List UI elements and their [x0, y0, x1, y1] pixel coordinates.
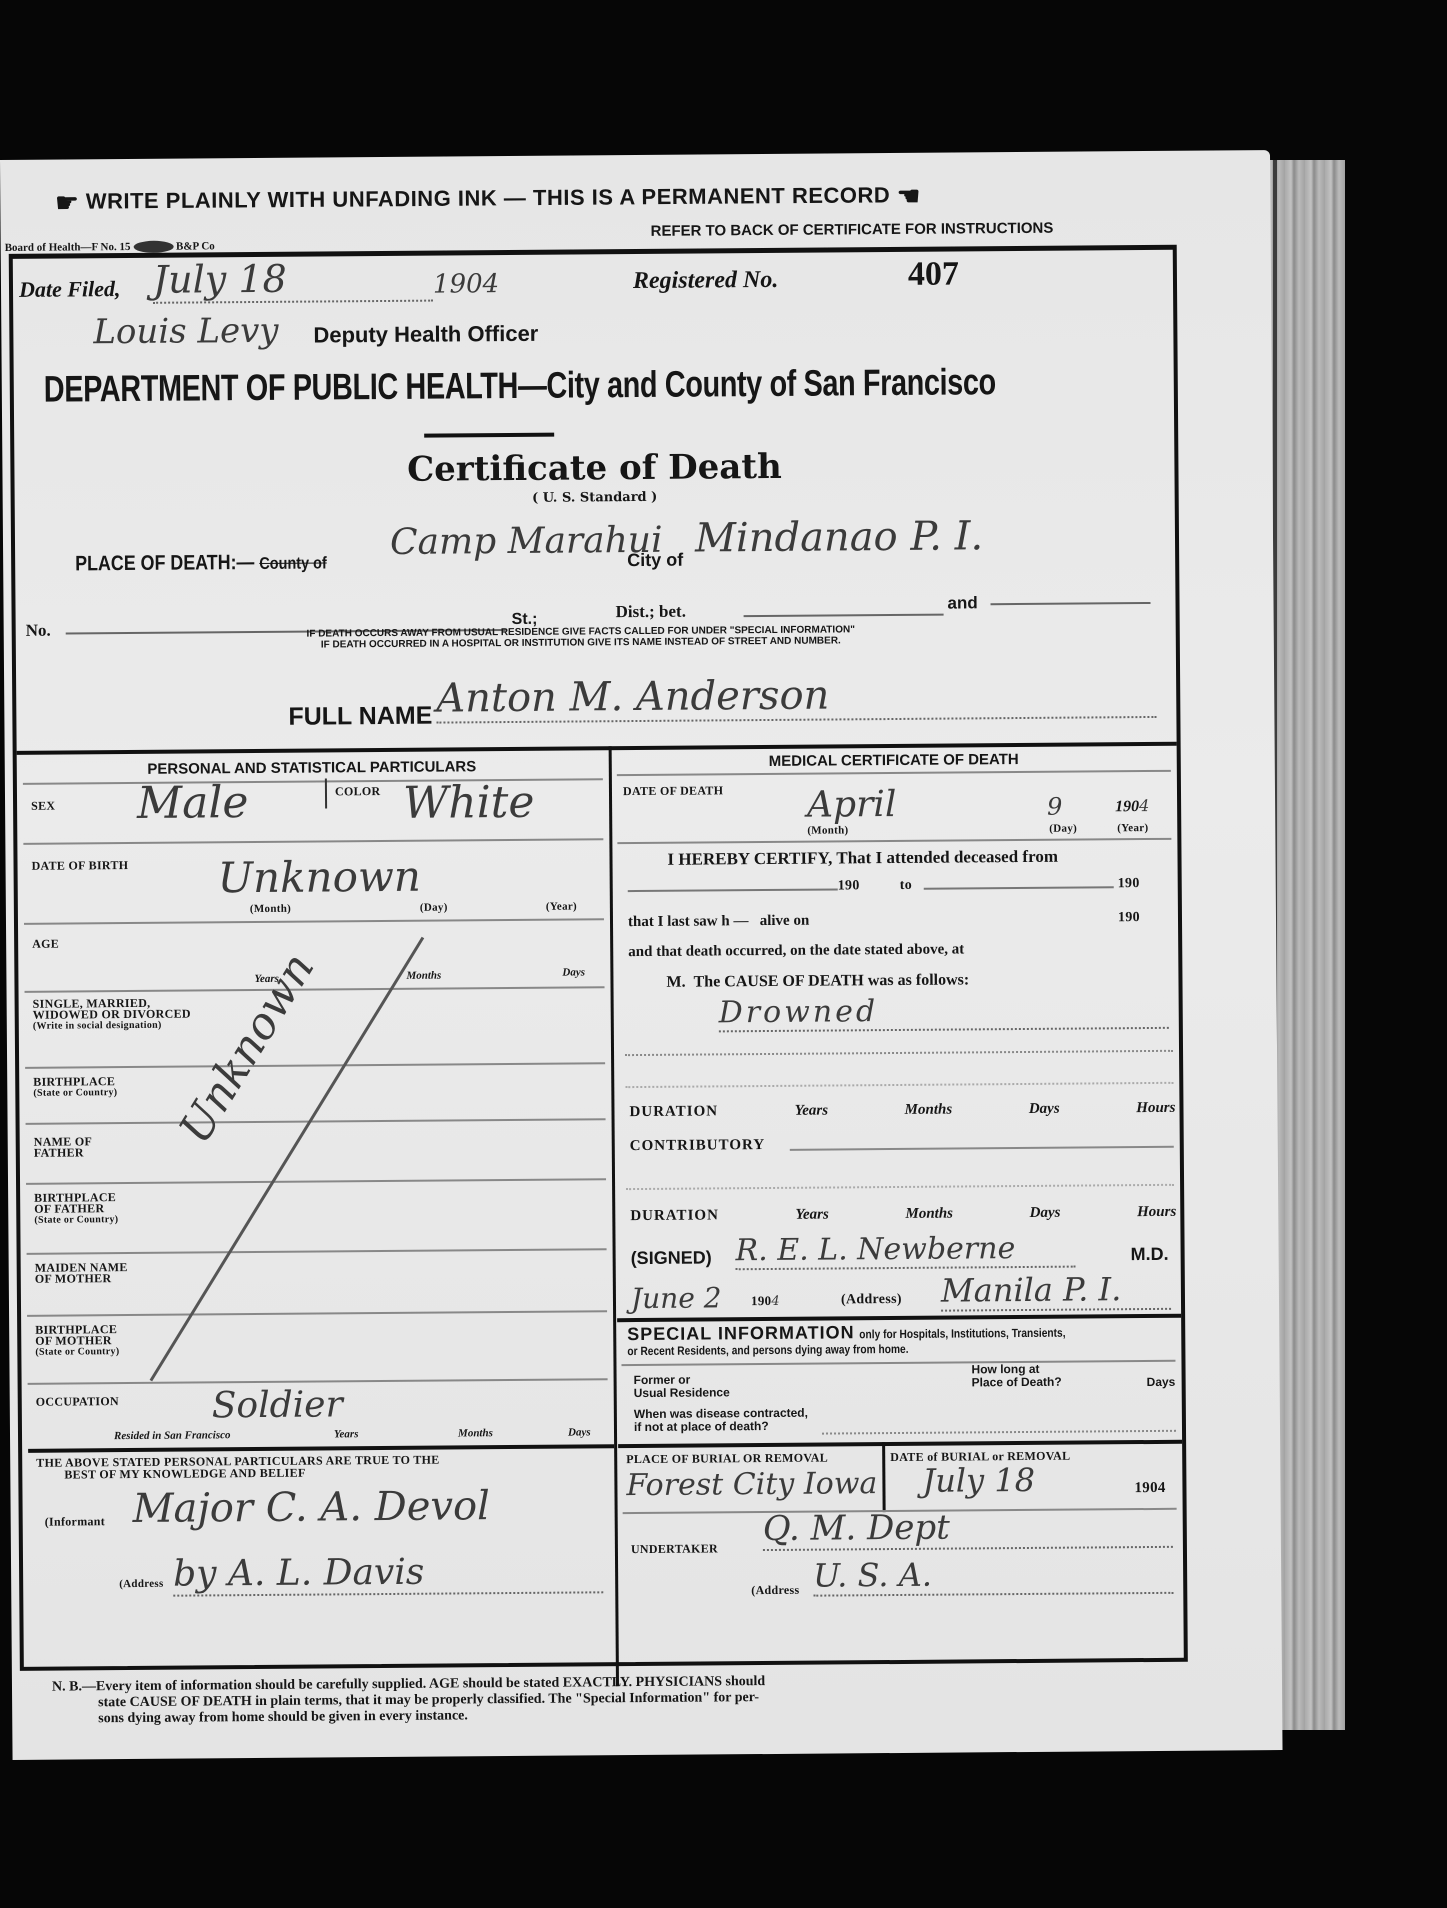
dob-year-label: (Year): [546, 900, 577, 912]
undertaker-address-label: (Address: [751, 1583, 799, 1598]
registered-no-label: Registered No.: [633, 267, 779, 295]
informant-address-value: by A. L. Davis: [173, 1550, 603, 1596]
certificate-title: Certificate of Death: [14, 444, 1174, 493]
personal-heading: PERSONAL AND STATISTICAL PARTICULARS: [17, 757, 607, 779]
years-label: Years: [795, 1207, 828, 1224]
months-label: Months: [905, 1102, 953, 1119]
union-seal-icon: [133, 241, 173, 253]
burial-place-label: PLACE OF BURIAL OR REMOVAL: [626, 1451, 828, 1468]
dob-day-label: (Day): [420, 902, 448, 914]
burial-column-divider: [882, 1442, 886, 1512]
burial-date-value: July 18: [922, 1461, 1035, 1500]
marital-label: SINGLE, MARRIED, WIDOWED OR DIVORCED (Wr…: [33, 998, 191, 1032]
dod-month: April: [807, 784, 897, 826]
full-name-value: Anton M. Anderson: [436, 670, 1156, 724]
year-suffix: 4: [771, 1294, 780, 1309]
dob-label: DATE OF BIRTH: [31, 858, 128, 874]
alive-on-label: alive on: [760, 913, 810, 929]
title-rule: [424, 433, 554, 438]
sex-value: Male: [137, 777, 249, 829]
and-line: [991, 602, 1151, 605]
dod-year-label: (Year): [1117, 822, 1148, 834]
residence-note: IF DEATH OCCURS AWAY FROM USUAL RESIDENC…: [146, 623, 1016, 652]
label-line: OF MOTHER: [35, 1335, 119, 1347]
dod-day-label: (Day): [1049, 823, 1077, 835]
medical-heading: MEDICAL CERTIFICATE OF DEATH: [613, 750, 1175, 771]
duration-label: DURATION: [629, 1103, 718, 1121]
label-line: OF MOTHER: [35, 1273, 128, 1285]
md-label: M.D.: [1131, 1244, 1169, 1265]
how-long-days-label: Days: [1147, 1375, 1176, 1389]
undertaker-address-value: U. S. A.: [813, 1554, 1173, 1597]
certificate-frame: Date Filed, July 18 1904 Registered No. …: [9, 245, 1188, 1671]
rule: [621, 1360, 1175, 1366]
sex-color-divider: [325, 778, 327, 808]
dist-label: Dist.; bet.: [615, 602, 686, 623]
label-line: FATHER: [34, 1147, 93, 1158]
mother-name-label: MAIDEN NAME OF MOTHER: [35, 1262, 128, 1285]
rule: [25, 1062, 605, 1069]
birthplace-label: BIRTHPLACE (State or Country): [33, 1076, 117, 1099]
full-name-label: FULL NAME: [288, 702, 432, 732]
when-line: [822, 1430, 1176, 1435]
last-saw-text: that I last saw h — alive on: [628, 913, 809, 931]
dob-month-label: (Month): [250, 903, 291, 915]
label-line: (State or Country): [34, 1214, 118, 1226]
county-value: Camp Marahui: [390, 520, 663, 563]
months-label: Months: [905, 1206, 953, 1223]
informant-address-label: (Address: [119, 1578, 163, 1590]
burial-year: 1904: [1134, 1480, 1165, 1497]
color-label: COLOR: [335, 784, 381, 799]
special-subtitle: only for Hospitals, Institutions, Transi…: [859, 1326, 1065, 1342]
age-days-label: Days: [562, 966, 585, 978]
cause-text: The CAUSE OF DEATH was as follows:: [694, 971, 970, 990]
contributory-line-2: [626, 1184, 1174, 1190]
former-residence-label: Former or Usual Residence: [634, 1373, 730, 1400]
occupation-label: OCCUPATION: [36, 1394, 119, 1410]
death-occurred-text: and that death occurred, on the date sta…: [628, 941, 964, 961]
year-prefix: 190: [751, 1293, 772, 1308]
father-name-label: NAME OF FATHER: [34, 1136, 93, 1158]
informant-statement: THE ABOVE STATED PERSONAL PARTICULARS AR…: [36, 1454, 440, 1481]
dist-line: [744, 614, 944, 618]
contributory-line: [790, 1146, 1174, 1151]
permanent-record-banner: ☛ WRITE PLAINLY WITH UNFADING INK — THIS…: [55, 181, 921, 219]
hours-label: Hours: [1136, 1100, 1175, 1117]
dob-value: Unknown: [217, 852, 421, 903]
hours-label: Hours: [1137, 1204, 1176, 1221]
year-prefix: 190: [1115, 798, 1139, 815]
label-line: BEST OF MY KNOWLEDGE AND BELIEF: [36, 1466, 439, 1481]
special-title: SPECIAL INFORMATION: [627, 1322, 854, 1344]
duration-row-2: DURATION Years Months Days Hours: [630, 1204, 1176, 1225]
label-line: (Write in social designation): [33, 1020, 191, 1032]
department-title: DEPARTMENT OF PUBLIC HEALTH—City and Cou…: [44, 361, 996, 410]
county-label: County of: [259, 553, 327, 573]
how-long-label: How long at Place of Death?: [971, 1363, 1061, 1390]
officer-title: Deputy Health Officer: [313, 321, 538, 349]
rule: [617, 838, 1171, 844]
father-birthplace-label: BIRTHPLACE OF FATHER (State or Country): [34, 1192, 118, 1226]
cause-value: Drowned: [719, 992, 1169, 1033]
rule: [26, 1178, 606, 1185]
label-line: WIDOWED OR DIVORCED: [33, 1009, 191, 1021]
officer-signature: Louis Levy: [93, 311, 279, 352]
to-190: 190: [1118, 876, 1140, 892]
dod-day: 9: [1047, 793, 1063, 821]
label-line: (State or Country): [35, 1346, 119, 1358]
doctor-address-value: Manila P. I.: [941, 1270, 1171, 1312]
alive-190: 190: [1118, 910, 1140, 926]
last-saw-label: that I last saw h: [628, 913, 730, 930]
mother-birthplace-label: BIRTHPLACE OF MOTHER (State or Country): [35, 1324, 119, 1358]
resided-years: Years: [334, 1428, 359, 1440]
nb-footer: N. B.—Every item of information should b…: [52, 1671, 1172, 1728]
signed-year: 1904: [751, 1293, 780, 1309]
and-label: and: [947, 593, 977, 613]
date-filed-value: July 18: [153, 256, 433, 304]
days-label: Days: [1029, 1101, 1060, 1118]
label-line: if not at place of death?: [634, 1420, 808, 1434]
burial-place-value: Forest City Iowa: [626, 1466, 877, 1503]
cause-line: [625, 1050, 1173, 1056]
informant-value: Major C. A. Devol: [132, 1483, 490, 1532]
dod-year: 1904: [1115, 796, 1149, 816]
rule: [26, 1118, 606, 1125]
undertaker-label: UNDERTAKER: [631, 1541, 718, 1557]
from-line: [628, 888, 838, 892]
year-suffix: 4: [1139, 796, 1149, 815]
rule: [617, 770, 1171, 776]
rule: [25, 986, 605, 993]
certify-text: I HEREBY CERTIFY, That I attended deceas…: [667, 847, 1058, 870]
rule: [27, 1248, 607, 1255]
m-label: M.: [666, 974, 685, 991]
occupation-value: Soldier: [212, 1384, 343, 1426]
banner-text: WRITE PLAINLY WITH UNFADING INK — THIS I…: [86, 182, 891, 213]
refer-instructions: REFER TO BACK OF CERTIFICATE FOR INSTRUC…: [651, 220, 1054, 240]
cause-line: [625, 1082, 1173, 1088]
when-contracted-label: When was disease contracted, if not at p…: [634, 1407, 808, 1434]
years-label: Years: [795, 1103, 828, 1120]
informant-divider: [28, 1444, 614, 1453]
label-line: Usual Residence: [634, 1386, 730, 1400]
undertaker-value: Q. M. Dept: [763, 1506, 1173, 1551]
resided-label: Resided in San Francisco: [114, 1429, 231, 1442]
burial-divider: [618, 1440, 1182, 1448]
signed-label: (SIGNED): [631, 1247, 712, 1269]
city-label: City of: [627, 550, 683, 571]
sex-label: SEX: [31, 799, 55, 814]
pointing-hand-right-icon: ☛: [55, 187, 79, 218]
age-months-label: Months: [406, 970, 441, 982]
rule: [27, 1310, 607, 1317]
cause-label: M. The CAUSE OF DEATH was as follows:: [666, 971, 969, 991]
special-heading-line2: or Recent Residents, and persons dying a…: [627, 1342, 908, 1358]
dod-month-label: (Month): [807, 824, 848, 836]
column-divider: [609, 746, 619, 1686]
days-label: Days: [1030, 1205, 1061, 1222]
contributory-label: CONTRIBUTORY: [630, 1137, 766, 1155]
signed-value: R. E. L. Newberne: [735, 1231, 1075, 1271]
signed-date: June 2: [631, 1281, 722, 1315]
from-190: 190: [838, 878, 860, 894]
death-certificate-page: ☛ WRITE PLAINLY WITH UNFADING INK — THIS…: [0, 150, 1283, 1760]
to-line: [924, 886, 1114, 889]
age-label: AGE: [32, 937, 59, 952]
doctor-address-label: (Address): [841, 1292, 902, 1308]
label-line: BIRTHPLACE: [33, 1076, 117, 1088]
duration-row-1: DURATION Years Months Days Hours: [629, 1100, 1175, 1121]
dod-label: DATE OF DEATH: [623, 783, 723, 799]
no-label: No.: [26, 621, 51, 641]
city-value: Mindanao P. I.: [695, 513, 983, 561]
printer-text: B&P Co: [176, 240, 215, 252]
resided-days: Days: [568, 1426, 591, 1438]
rule: [24, 918, 604, 925]
duration-label: DURATION: [630, 1207, 719, 1225]
informant-label: (Informant: [45, 1514, 105, 1529]
to-label: to: [900, 878, 912, 894]
label-line: OF FATHER: [34, 1203, 118, 1215]
form-number-text: Board of Health—F No. 15: [5, 241, 131, 254]
rule: [23, 838, 603, 845]
place-label-text: PLACE OF DEATH:—: [75, 551, 254, 575]
label-line: (State or Country): [33, 1087, 117, 1099]
registered-no-value: 407: [908, 255, 959, 293]
pointing-hand-left-icon: ☚: [897, 181, 921, 212]
color-value: White: [403, 777, 535, 829]
label-line: Place of Death?: [972, 1376, 1062, 1390]
date-filed-label: Date Filed,: [19, 276, 121, 303]
resided-months: Months: [458, 1427, 493, 1439]
place-of-death-label: PLACE OF DEATH:— County of: [75, 550, 327, 576]
date-filed-year: 1904: [433, 269, 499, 300]
